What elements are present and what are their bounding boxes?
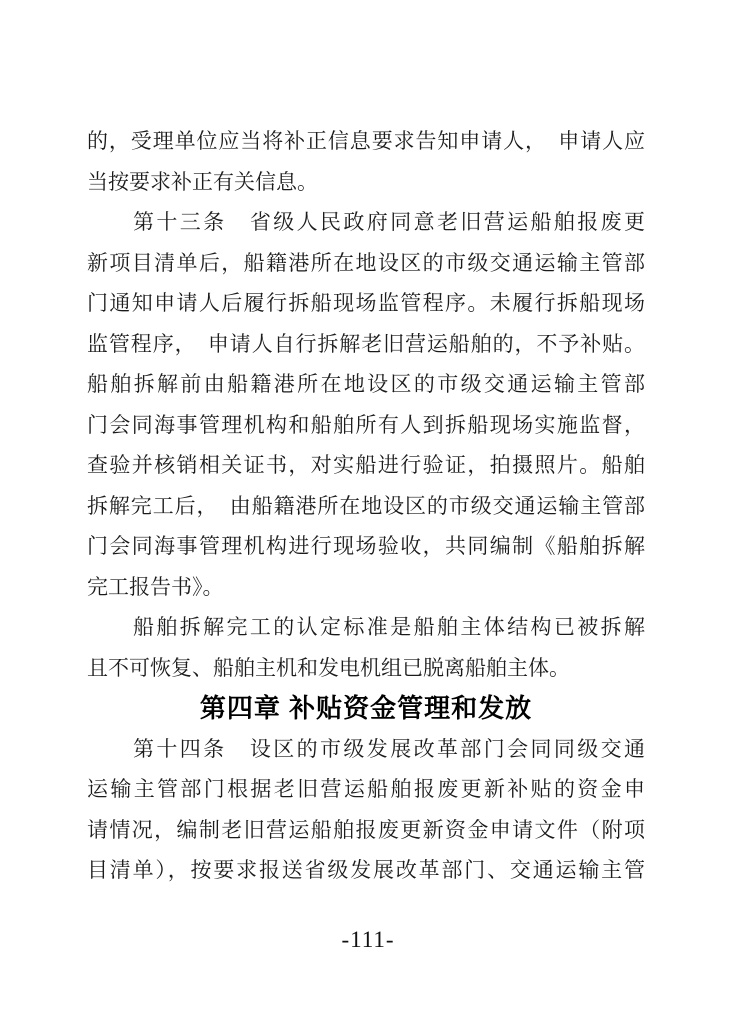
text-line: 船舶拆解前由船籍港所在地设区的市级交通运输主管部 xyxy=(87,364,645,405)
text-line: 查验并核销相关证书，对实船进行验证，拍摄照片。船舶 xyxy=(87,445,645,486)
text-line: 门通知申请人后履行拆船现场监管程序。未履行拆船现场 xyxy=(87,283,645,324)
text-line: 且不可恢复、船舶主机和发电机组已脱离船舶主体。 xyxy=(87,648,645,689)
text-line: 门会同海事管理机构进行现场验收，共同编制《船舶拆解 xyxy=(87,526,645,567)
text-line: 拆解完工后， 由船籍港所在地设区的市级交通运输主管部 xyxy=(87,486,645,527)
text-line-article-14: 第十四条 设区的市级发展改革部门会同同级交通 xyxy=(87,729,645,770)
text-line: 当按要求补正有关信息。 xyxy=(87,162,645,203)
page-number: -111- xyxy=(0,927,736,953)
text-line: 完工报告书》。 xyxy=(87,567,645,608)
text-line: 运输主管部门根据老旧营运船舶报废更新补贴的资金申 xyxy=(87,769,645,810)
text-line: 船舶拆解完工的认定标准是船舶主体结构已被拆解 xyxy=(87,607,645,648)
document-page: 的，受理单位应当将补正信息要求告知申请人， 申请人应 当按要求补正有关信息。 第… xyxy=(0,0,736,1009)
document-body: 的，受理单位应当将补正信息要求告知申请人， 申请人应 当按要求补正有关信息。 第… xyxy=(87,121,645,891)
text-line: 请情况，编制老旧营运船舶报废更新资金申请文件（附项 xyxy=(87,810,645,851)
text-line: 的，受理单位应当将补正信息要求告知申请人， 申请人应 xyxy=(87,121,645,162)
text-line: 目清单），按要求报送省级发展改革部门、交通运输主管 xyxy=(87,850,645,891)
text-line: 监管程序， 申请人自行拆解老旧营运船舶的，不予补贴。 xyxy=(87,324,645,365)
chapter-heading: 第四章 补贴资金管理和发放 xyxy=(87,688,645,729)
text-line-article-13: 第十三条 省级人民政府同意老旧营运船舶报废更 xyxy=(87,202,645,243)
text-line: 新项目清单后，船籍港所在地设区的市级交通运输主管部 xyxy=(87,243,645,284)
text-line: 门会同海事管理机构和船舶所有人到拆船现场实施监督， xyxy=(87,405,645,446)
